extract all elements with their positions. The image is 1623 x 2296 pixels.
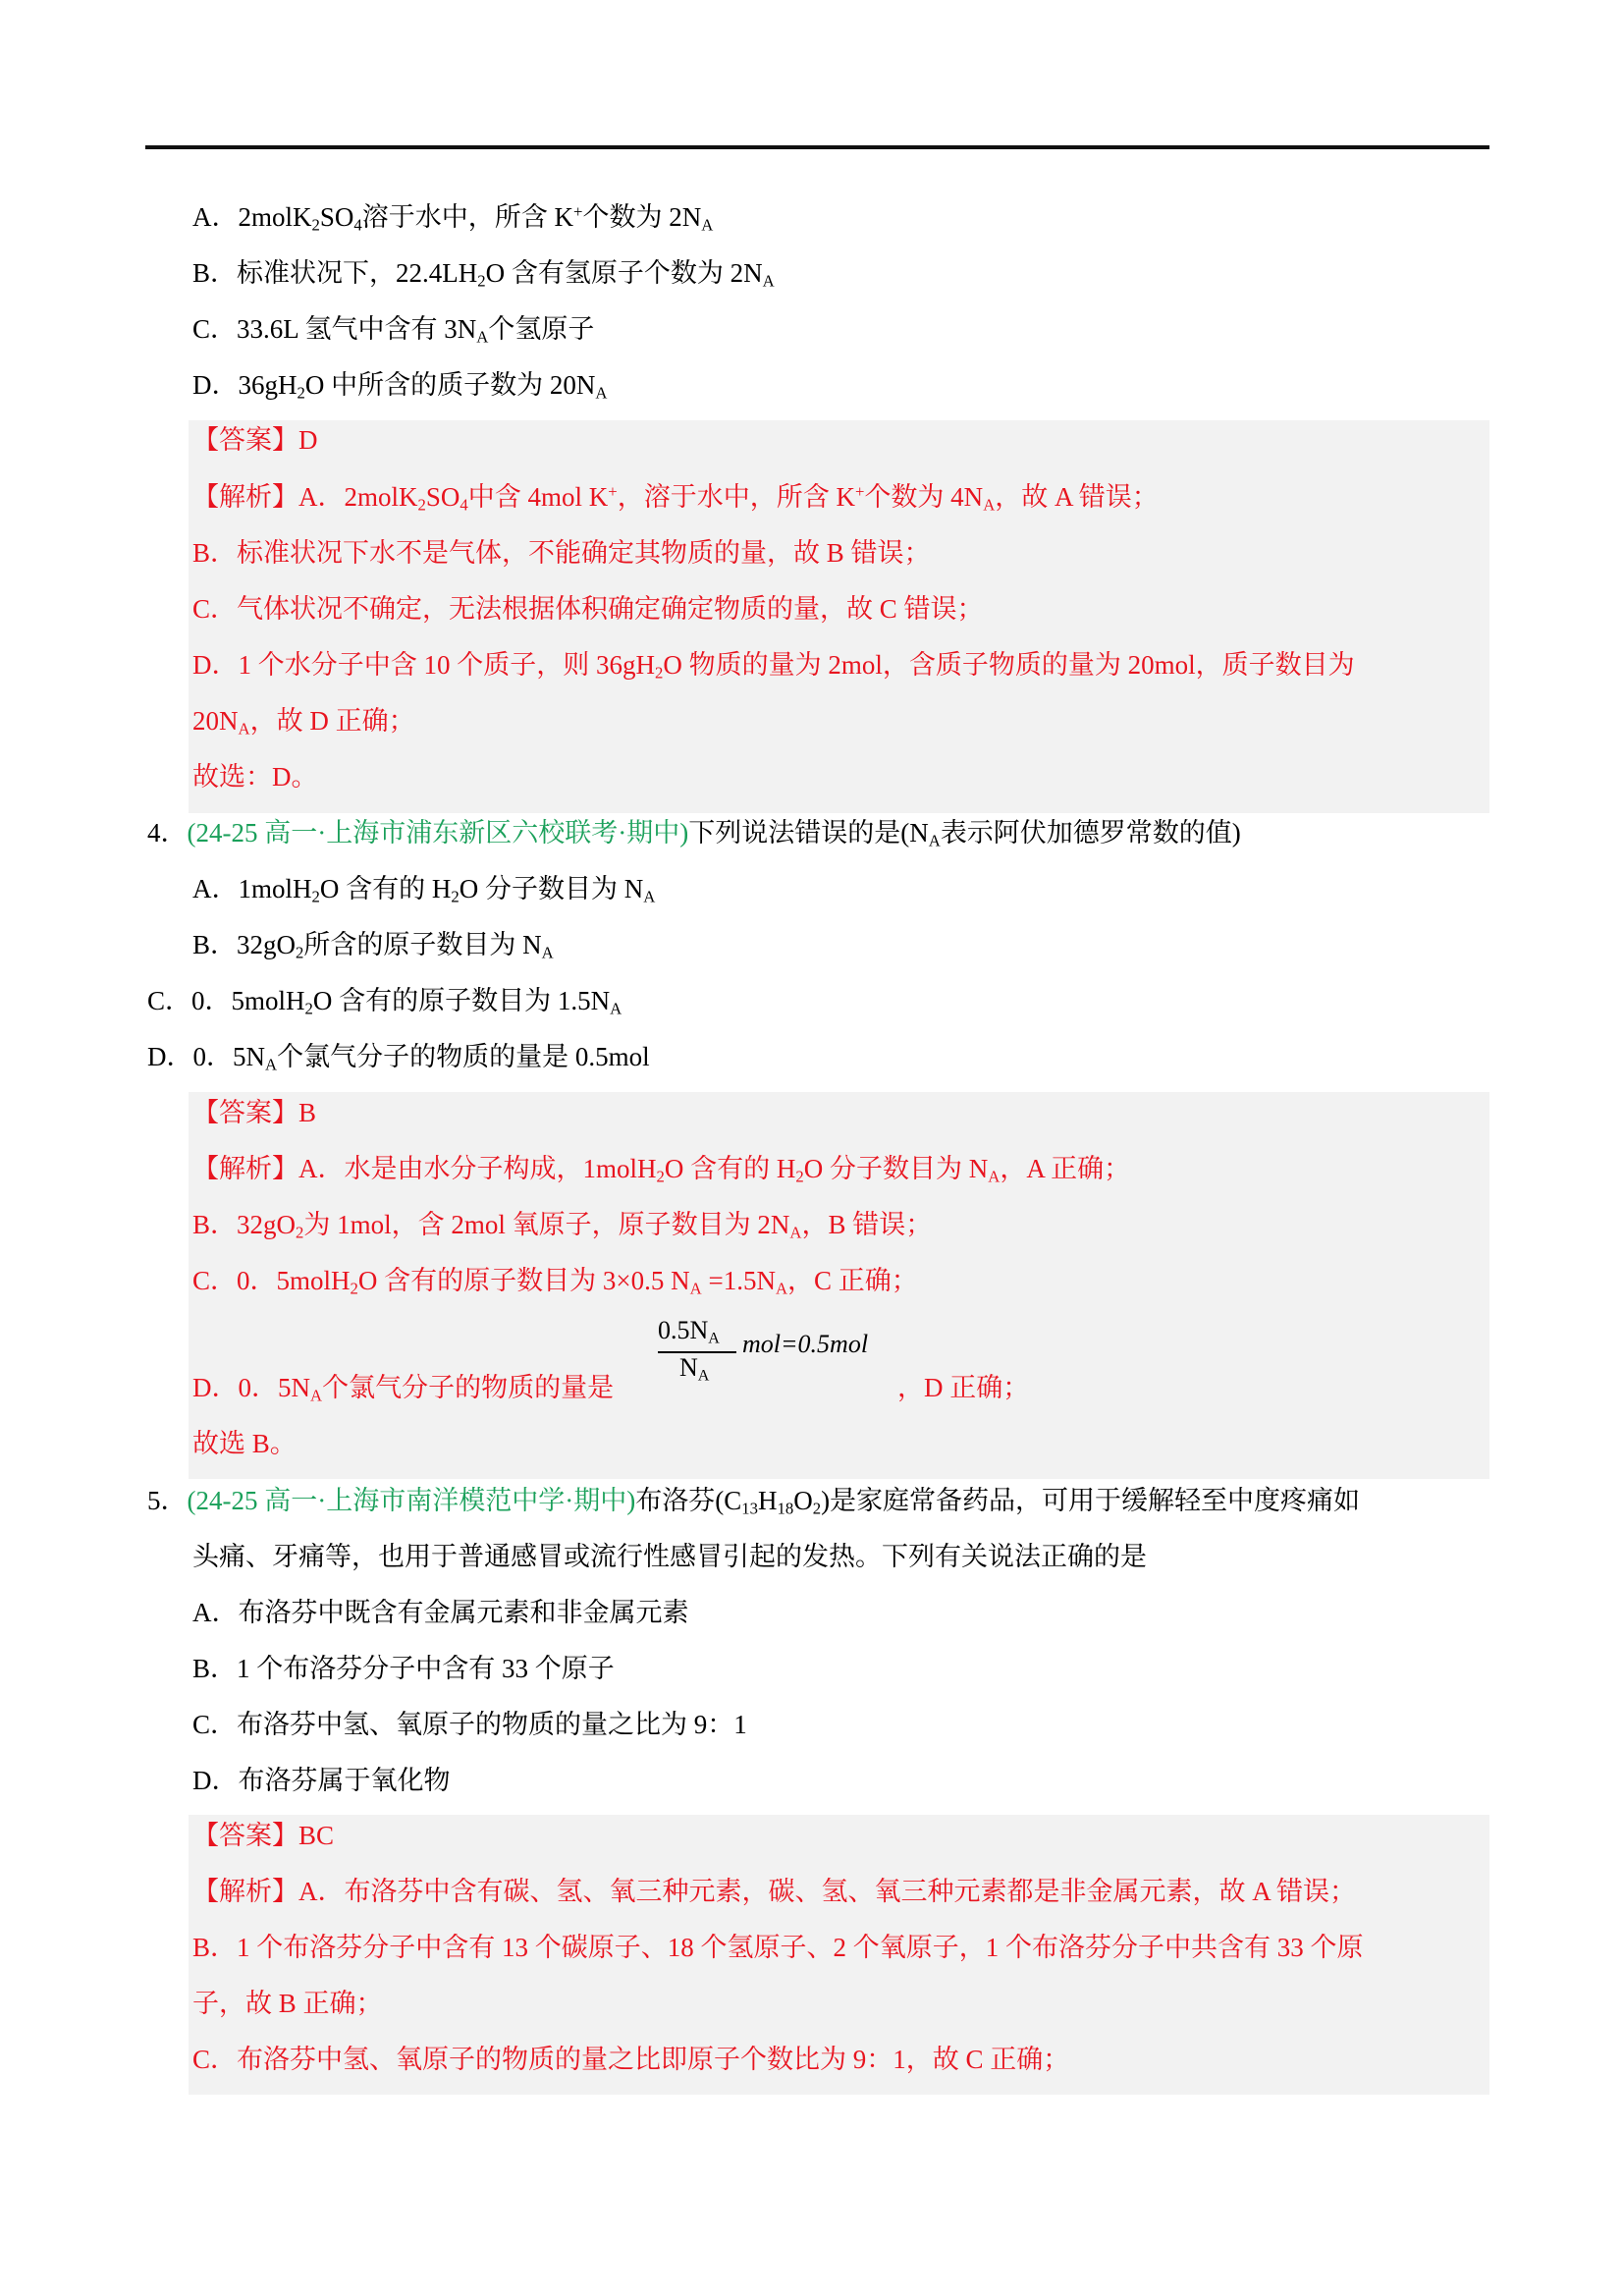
question-number: 5． <box>147 1486 188 1515</box>
fraction-formula: 0.5NA NA mol=0.5mol <box>658 1316 913 1394</box>
q3-analysis-a: 【解析】A．2molK2SO4中含 4mol K+，溶于水中，所含 K+个数为 … <box>192 477 1159 517</box>
q3-option-b: B．标准状况下，22.4LH2O 含有氢原子个数为 2NA <box>192 253 775 293</box>
q3-analysis-b: B．标准状况下水不是气体，不能确定其物质的量，故 B 错误； <box>192 533 931 573</box>
q3-option-a: A．2molK2SO4溶于水中，所含 K+个数为 2NA <box>192 197 713 237</box>
q3-option-d: D．36gH2O 中所含的质子数为 20NA <box>192 365 607 405</box>
q5-option-b: B．1 个布洛芬分子中含有 33 个原子 <box>192 1649 615 1688</box>
q4-option-a: A．1molH2O 含有的 H2O 分子数目为 NA <box>192 869 655 908</box>
q4-analysis-d: D．0．5NA个氯气分子的物质的量是 <box>192 1368 614 1407</box>
question-number: 4． <box>147 818 188 847</box>
question-source: (24-25 高一·上海市浦东新区六校联考·期中) <box>188 818 689 847</box>
q4-option-b: B．32gO2所含的原子数目为 NA <box>192 925 554 964</box>
q4-answer: 【答案】B <box>192 1093 316 1132</box>
q4-analysis-b: B．32gO2为 1mol，含 2mol 氧原子，原子数目为 2NA，B 错误； <box>192 1205 932 1244</box>
q3-conclusion: 故选：D。 <box>192 757 318 796</box>
q5-analysis-c: C．布洛芬中氢、氧原子的物质的量之比即原子个数比为 9：1，故 C 正确； <box>192 2040 1069 2079</box>
q5-option-a: A．布洛芬中既含有金属元素和非金属元素 <box>192 1593 689 1632</box>
q3-option-c: C．33.6L 氢气中含有 3NA个氢原子 <box>192 309 594 349</box>
q5-answer: 【答案】BC <box>192 1816 334 1855</box>
q3-analysis-d-line2: 20NA，故 D 正确； <box>192 701 415 740</box>
q4-option-c: C．0．5molH2O 含有的原子数目为 1.5NA <box>147 981 622 1020</box>
q5-stem-line1: 5．(24-25 高一·上海市南洋模范中学·期中)布洛芬(C13H18O2)是家… <box>147 1481 1360 1520</box>
q5-stem-line2: 头痛、牙痛等，也用于普通感冒或流行性感冒引起的发热。下列有关说法正确的是 <box>192 1537 1147 1576</box>
q5-analysis-b-line2: 子，故 B 正确； <box>192 1984 383 2023</box>
q4-stem: 4．(24-25 高一·上海市浦东新区六校联考·期中)下列说法错误的是(NA表示… <box>147 813 1241 852</box>
q4-analysis-c: C．0．5molH2O 含有的原子数目为 3×0.5 NA =1.5NA，C 正… <box>192 1261 918 1300</box>
q3-analysis-c: C．气体状况不确定，无法根据体积确定确定物质的量，故 C 错误； <box>192 589 984 629</box>
header-rule <box>145 145 1489 149</box>
q5-analysis-b-line1: B．1 个布洛芬分子中含有 13 个碳原子、18 个氢原子、2 个氧原子，1 个… <box>192 1928 1364 1967</box>
q3-answer: 【答案】D <box>192 420 318 460</box>
q4-analysis-d-tail: ，D 正确； <box>897 1368 1029 1407</box>
q4-conclusion: 故选 B。 <box>192 1424 297 1463</box>
question-source: (24-25 高一·上海市南洋模范中学·期中) <box>188 1486 636 1515</box>
q4-option-d: D．0．5NA个氯气分子的物质的量是 0.5mol <box>147 1037 650 1076</box>
q3-analysis-d-line1: D．1 个水分子中含 10 个质子，则 36gH2O 物质的量为 2mol，含质… <box>192 645 1355 684</box>
q5-analysis-a: 【解析】A．布洛芬中含有碳、氢、氧三种元素，碳、氢、氧三种元素都是非金属元素，故… <box>192 1872 1356 1911</box>
q5-option-c: C．布洛芬中氢、氧原子的物质的量之比为 9：1 <box>192 1705 747 1744</box>
q5-option-d: D．布洛芬属于氧化物 <box>192 1761 451 1800</box>
q4-analysis-a: 【解析】A．水是由水分子构成，1molH2O 含有的 H2O 分子数目为 NA，… <box>192 1149 1130 1188</box>
